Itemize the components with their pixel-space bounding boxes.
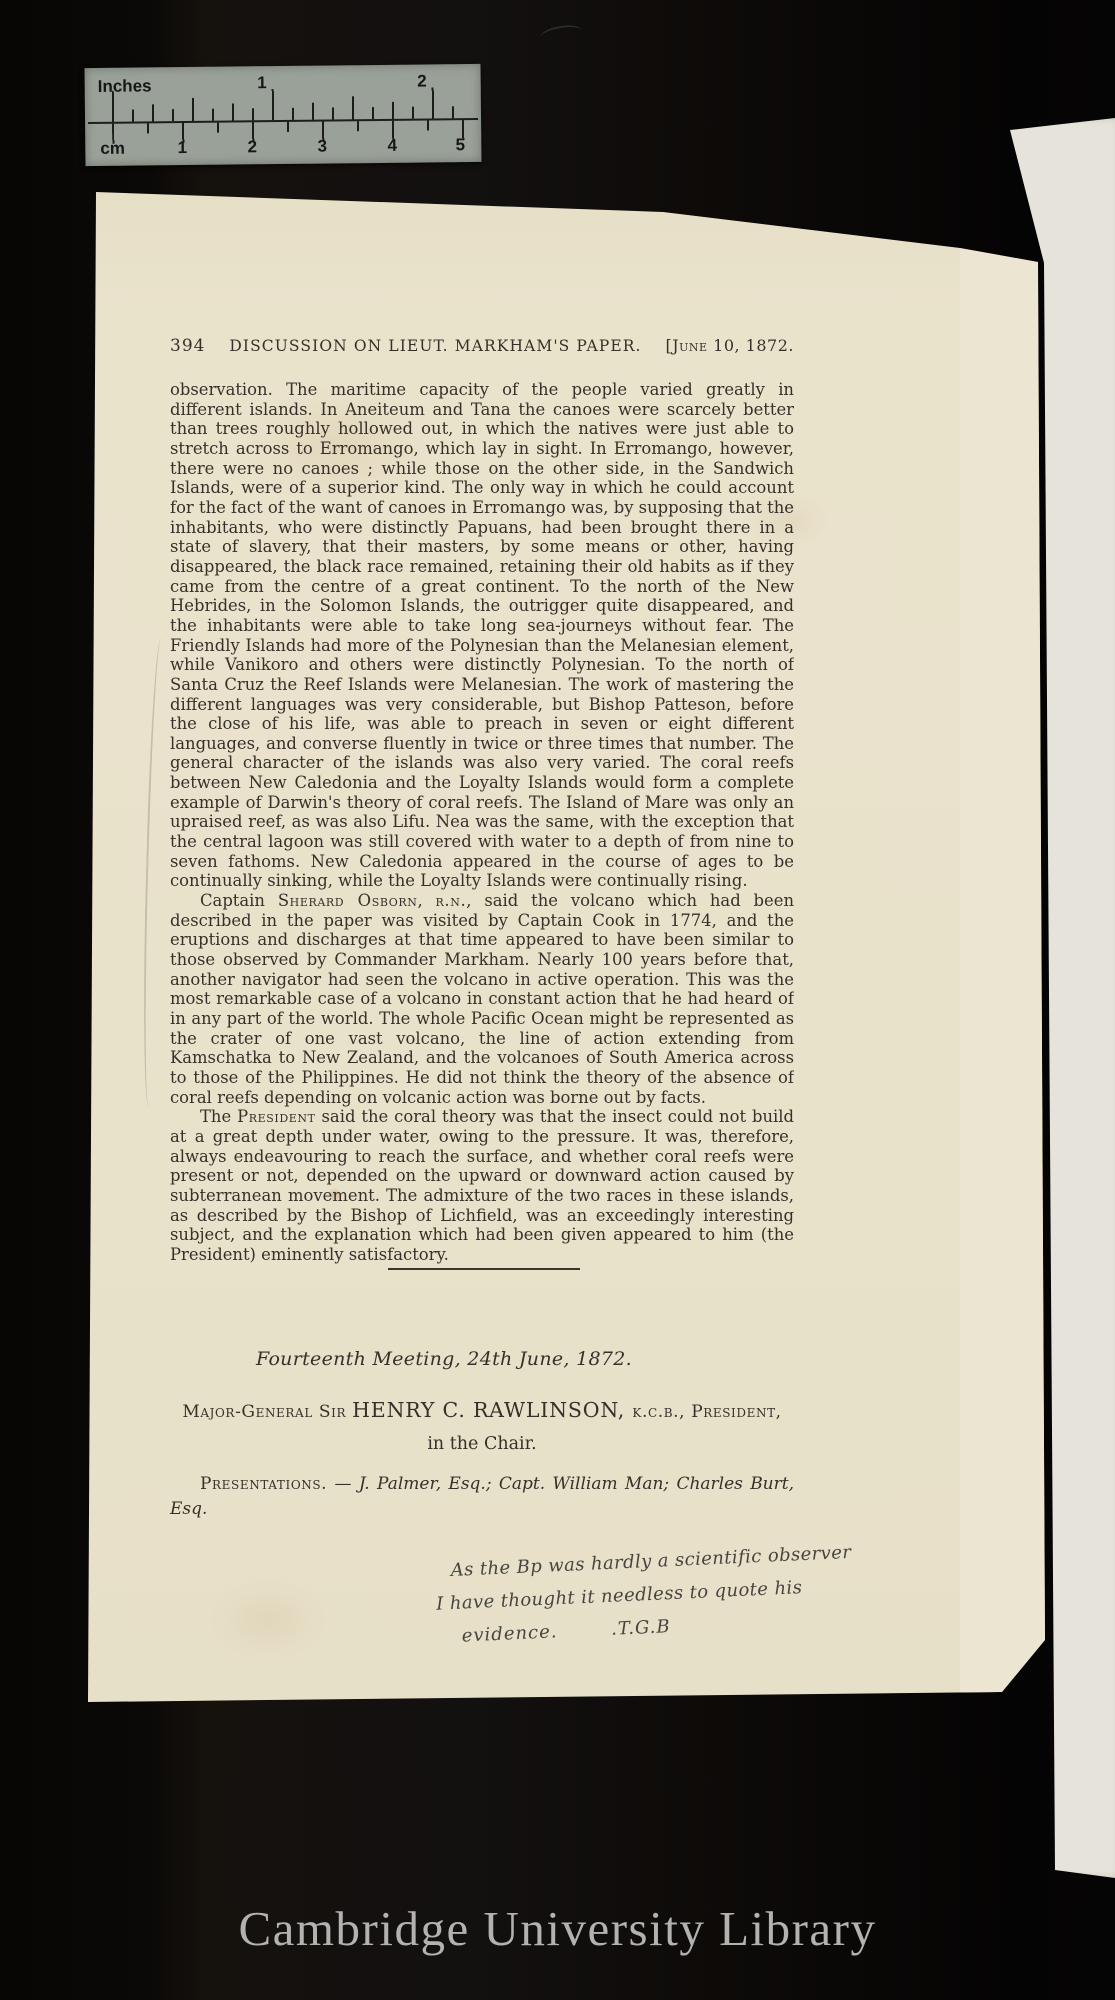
text-segment: HENRY C. RAWLINSON, xyxy=(352,1398,632,1422)
text-segment: The xyxy=(200,1107,237,1126)
cm-ticks xyxy=(112,120,466,144)
section-divider xyxy=(388,1268,580,1270)
text-segment: , said the volcano which had been descri… xyxy=(170,891,794,1107)
thread-mark xyxy=(539,22,583,45)
text-segment: r.n. xyxy=(436,891,467,910)
text-segment: observation. The maritime capacity of th… xyxy=(170,380,794,890)
body-paragraph: observation. The maritime capacity of th… xyxy=(170,380,794,891)
cm-number: 4 xyxy=(385,136,399,156)
page-number: 394 xyxy=(170,336,205,356)
presentations-paragraph: Presentations. — J. Palmer, Esq.; Capt. … xyxy=(170,1472,794,1522)
measurement-ruler: Inches cm 12 12345 xyxy=(84,64,481,166)
body-paragraph: The President said the coral theory was … xyxy=(170,1107,794,1264)
meeting-heading: Fourteenth Meeting, 24th June, 1872. xyxy=(256,1348,632,1370)
president-heading: Major-General Sir HENRY C. RAWLINSON, k.… xyxy=(148,1398,816,1422)
text-segment: Captain xyxy=(200,891,278,910)
page-header: 394 DISCUSSION ON LIEUT. MARKHAM'S PAPER… xyxy=(170,336,794,356)
text-segment: President xyxy=(237,1107,315,1126)
text-segment: k.c.b., xyxy=(632,1402,691,1422)
scanned-page: 394 DISCUSSION ON LIEUT. MARKHAM'S PAPER… xyxy=(88,190,1048,1705)
text-segment: Presentations. xyxy=(200,1474,327,1494)
header-date: [June 10, 1872. xyxy=(665,336,794,355)
body-paragraph: Captain Sherard Osborn, r.n., said the v… xyxy=(170,891,794,1107)
cm-number: 1 xyxy=(175,138,189,158)
chair-line: in the Chair. xyxy=(170,1434,794,1454)
inch-number: 2 xyxy=(411,71,427,91)
cm-number: 3 xyxy=(315,137,329,157)
margin-crease-mark xyxy=(140,638,170,1108)
text-segment: Sherard Osborn xyxy=(278,891,418,910)
cm-number: 2 xyxy=(245,137,259,157)
scan-photo: Inches cm 12 12345 394 DISCUSSION ON LIE… xyxy=(0,0,1115,2000)
text-segment: , xyxy=(417,891,435,910)
text-segment: President, xyxy=(691,1402,781,1422)
text-segment: — xyxy=(327,1474,359,1494)
cm-number: 5 xyxy=(453,135,467,155)
inch-number: 1 xyxy=(251,73,267,93)
running-title: DISCUSSION ON LIEUT. MARKHAM'S PAPER. xyxy=(205,337,665,355)
page-body: observation. The maritime capacity of th… xyxy=(170,380,794,1265)
handwritten-annotation: As the Bp was hardly a scientific observ… xyxy=(434,1529,998,1653)
library-watermark: Cambridge University Library xyxy=(0,1900,1115,1957)
inch-ticks xyxy=(112,87,454,122)
text-segment: Major-General Sir xyxy=(182,1402,352,1422)
text-segment: said the coral theory was that the insec… xyxy=(170,1107,794,1264)
